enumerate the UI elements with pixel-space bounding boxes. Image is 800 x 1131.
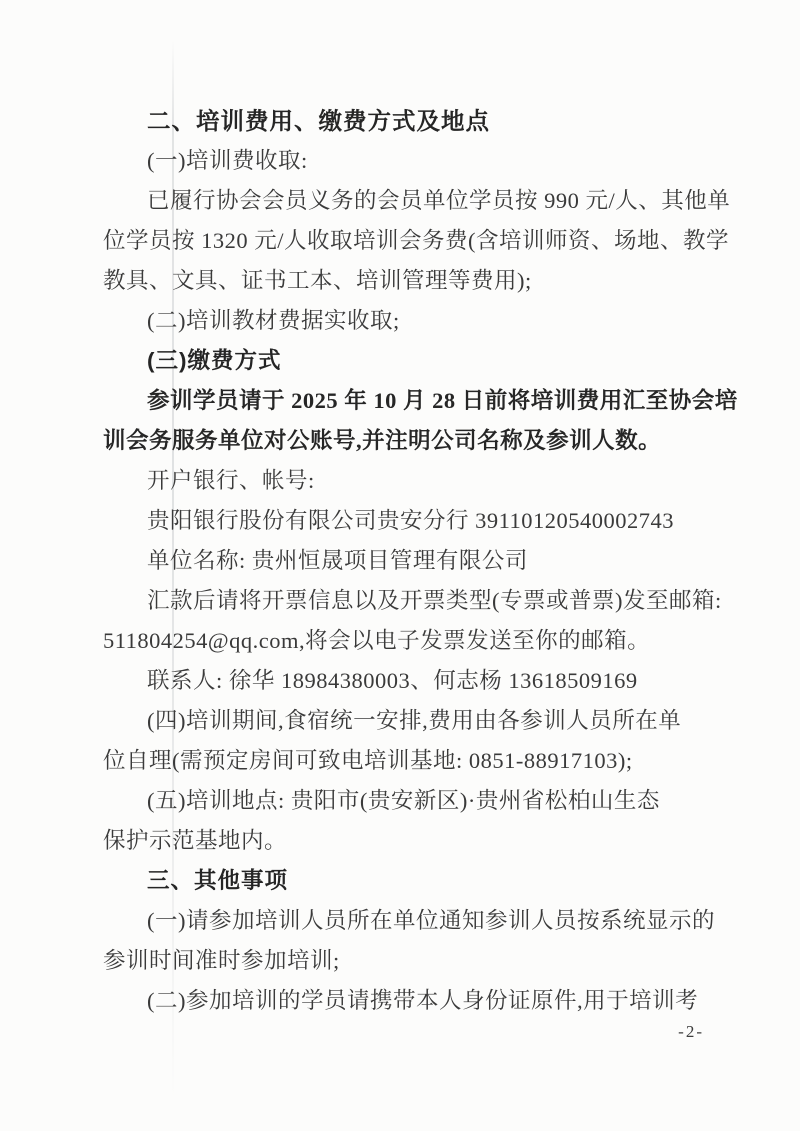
fee-paragraph-line-1: 已履行协会会员义务的会员单位学员按 990 元/人、其他单 (103, 181, 743, 221)
payment-deadline-line-2: 训会务服务单位对公账号,并注明公司名称及参训人数。 (103, 421, 743, 461)
other-item-1-line-1: (一)请参加培训人员所在单位通知参训人员按系统显示的 (103, 901, 743, 941)
invoice-email: 511804254@qq.com,将会以电子发票发送至你的邮箱。 (103, 621, 743, 661)
payment-deadline-line-1: 参训学员请于 2025 年 10 月 28 日前将培训费用汇至协会培 (103, 381, 743, 421)
item-accommodation-line-1: (四)培训期间,食宿统一安排,费用由各参训人员所在单 (103, 701, 743, 741)
document-body: 二、培训费用、缴费方式及地点 (一)培训费收取: 已履行协会会员义务的会员单位学… (103, 101, 743, 1021)
document-page: 二、培训费用、缴费方式及地点 (一)培训费收取: 已履行协会会员义务的会员单位学… (0, 0, 800, 1131)
contact-persons: 联系人: 徐华 18984380003、何志杨 13618509169 (103, 661, 743, 701)
fee-paragraph-line-3: 教具、文具、证书工本、培训管理等费用); (103, 261, 743, 301)
item-material-fee: (二)培训教材费据实收取; (103, 301, 743, 341)
page-number: -2- (678, 1022, 704, 1042)
item-payment-method-heading: (三)缴费方式 (103, 341, 743, 381)
item-accommodation-line-2: 位自理(需预定房间可致电培训基地: 0851-88917103); (103, 741, 743, 781)
bank-name-and-account-number: 贵阳银行股份有限公司贵安分行 39110120540002743 (103, 501, 743, 541)
other-item-2-line-1: (二)参加培训的学员请携带本人身份证原件,用于培训考 (103, 981, 743, 1021)
fee-paragraph-line-2: 位学员按 1320 元/人收取培训会务费(含培训师资、场地、教学 (103, 221, 743, 261)
invoice-instruction-line-1: 汇款后请将开票信息以及开票类型(专票或普票)发至邮箱: (103, 581, 743, 621)
item-location-line-2: 保护示范基地内。 (103, 821, 743, 861)
section-heading-other: 三、其他事项 (103, 861, 743, 901)
bank-account-label: 开户银行、帐号: (103, 461, 743, 501)
section-heading-fees: 二、培训费用、缴费方式及地点 (103, 101, 743, 141)
company-name: 单位名称: 贵州恒晟项目管理有限公司 (103, 541, 743, 581)
item-location-line-1: (五)培训地点: 贵阳市(贵安新区)·贵州省松柏山生态 (103, 781, 743, 821)
item-fee-collection-heading: (一)培训费收取: (103, 141, 743, 181)
other-item-1-line-2: 参训时间准时参加培训; (103, 941, 743, 981)
